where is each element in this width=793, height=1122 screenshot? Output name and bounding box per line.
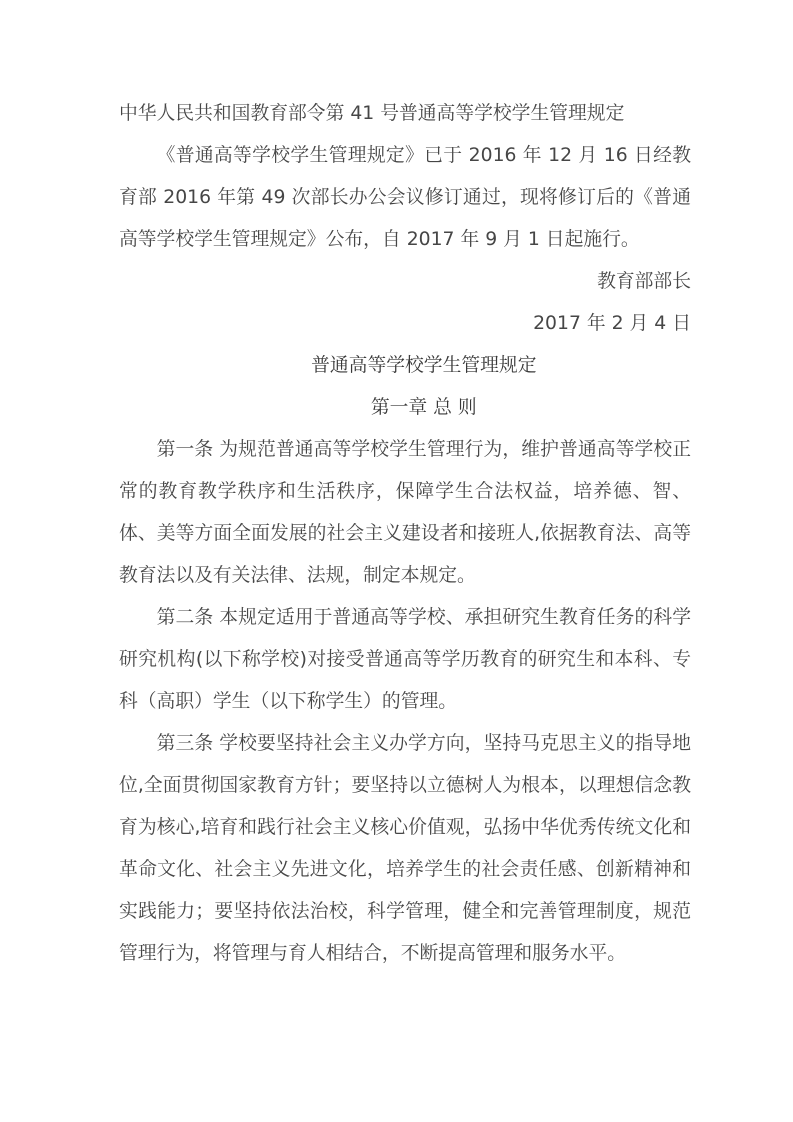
article-2-paragraph: 第二条 本规定适用于普通高等学校、承担研究生教育任务的科学研究机构(以下称学校)… bbox=[119, 597, 691, 723]
date-line: 2017 年 2 月 4 日 bbox=[119, 303, 691, 345]
decree-title-line: 中华人民共和国教育部令第 41 号普通高等学校学生管理规定 bbox=[119, 93, 691, 135]
article-1-paragraph: 第一条 为规范普通高等学校学生管理行为，维护普通高等学校正常的教育教学秩序和生活… bbox=[119, 429, 691, 597]
document-title: 普通高等学校学生管理规定 bbox=[119, 345, 691, 387]
chapter-one-heading: 第一章 总 则 bbox=[119, 387, 691, 429]
intro-paragraph: 《普通高等学校学生管理规定》已于 2016 年 12 月 16 日经教育部 20… bbox=[119, 135, 691, 261]
article-3-paragraph: 第三条 学校要坚持社会主义办学方向，坚持马克思主义的指导地位,全面贯彻国家教育方… bbox=[119, 723, 691, 975]
document-page: 中华人民共和国教育部令第 41 号普通高等学校学生管理规定 《普通高等学校学生管… bbox=[0, 0, 793, 1122]
signature-line: 教育部部长 bbox=[119, 261, 691, 303]
